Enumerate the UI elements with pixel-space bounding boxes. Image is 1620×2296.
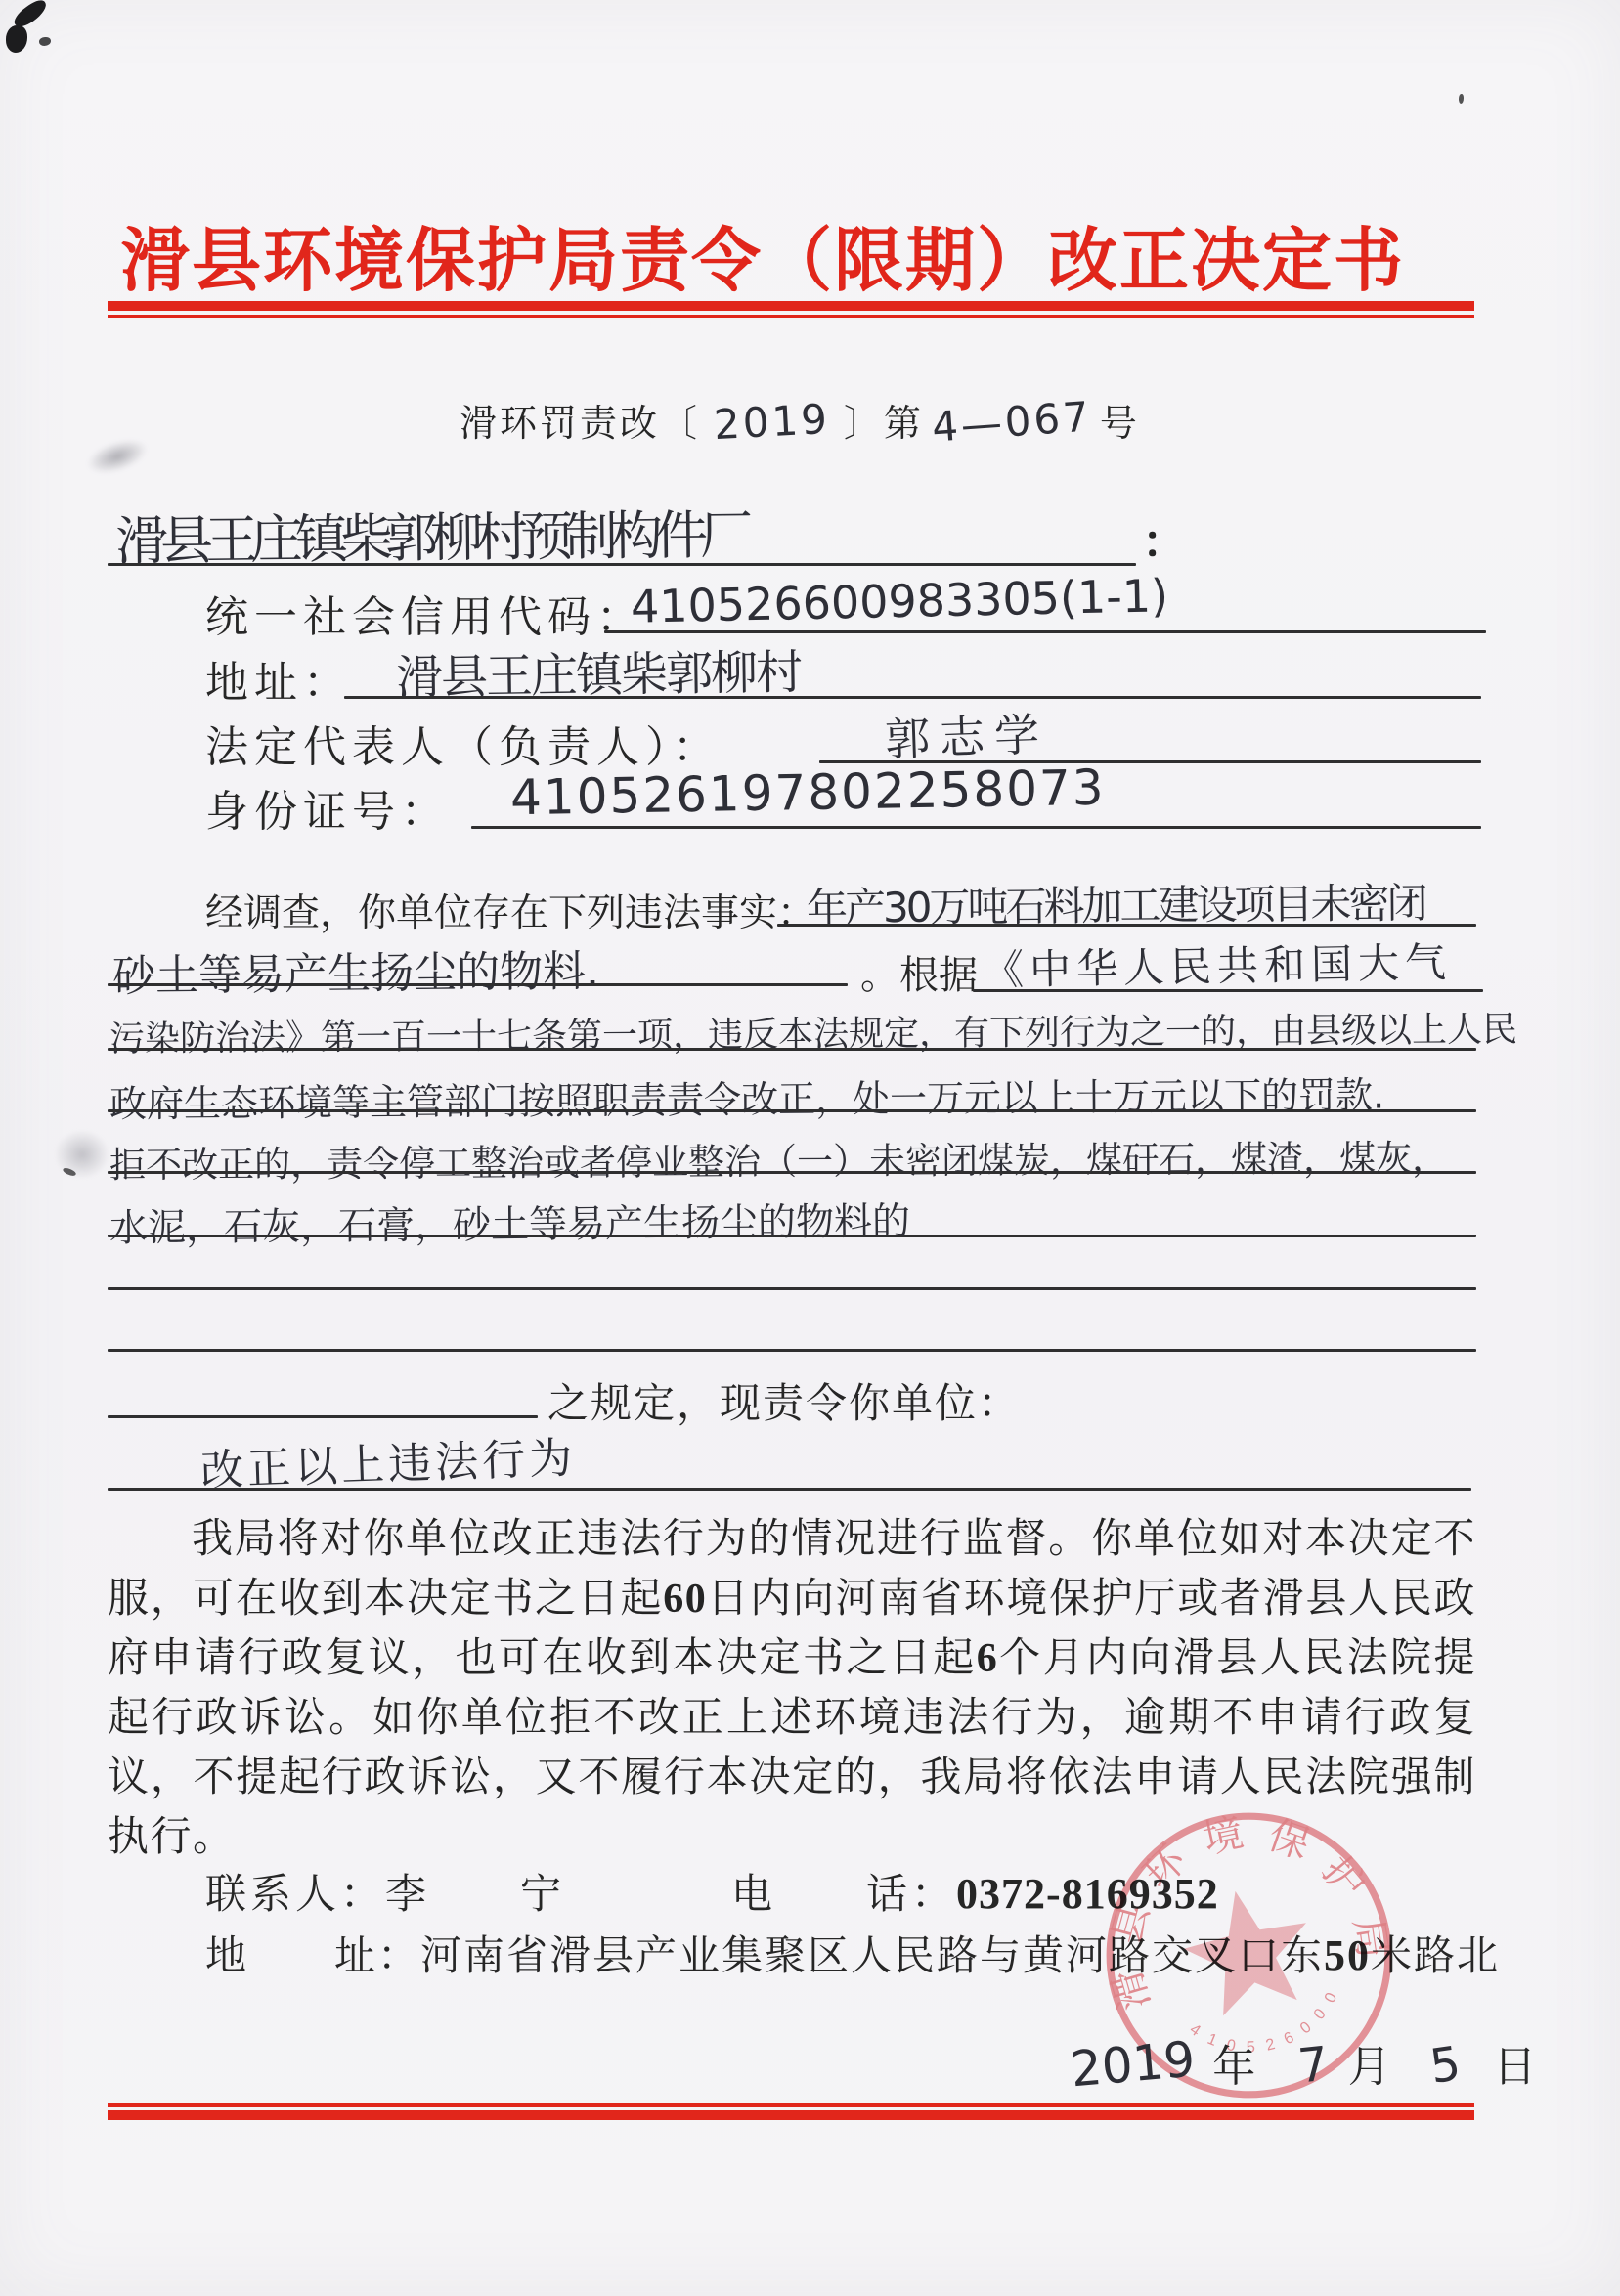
form-underline: [108, 1171, 1476, 1174]
contact-line: 联系人：李 宁电 话：0372-8169352: [205, 1862, 1219, 1921]
issue-date-day-label: 日: [1493, 2043, 1536, 2091]
issue-date-year-label: 年: [1212, 2043, 1255, 2091]
form-underline: [108, 1488, 1471, 1491]
field-label-credit-code: 统一社会信用代码：: [205, 582, 645, 644]
contact-person-name: 李 宁: [385, 1873, 565, 1918]
violation-handwritten-5: 拒不改正的，责令停工整治或者停业整治（一）未密闭煤炭，煤矸石，煤渣，煤灰，: [109, 1128, 1448, 1188]
form-underline: [108, 563, 1136, 566]
form-underline: [973, 989, 1483, 992]
issue-date-year: 2019: [1069, 2031, 1198, 2099]
violation-handwritten-3: 污染防治法》第一百一十七条第一项，违反本法规定，有下列行为之一的，由县级以上人民: [109, 1002, 1517, 1061]
contact-person-label: 联系人：: [205, 1873, 385, 1918]
violation-handwritten-2: 砂土等易产生扬尘的物料.: [112, 935, 600, 1003]
doc-number: 滑环罚责改〔2019〕第4—067号: [460, 393, 1140, 447]
form-underline: [108, 1109, 1476, 1112]
doc-number-serial: 4—067: [930, 392, 1093, 451]
form-underline: [344, 696, 1481, 699]
issue-date-month-label: 月: [1348, 2043, 1391, 2091]
field-value-credit-code: 410526600983305(1-1): [630, 569, 1168, 633]
form-underline: [604, 630, 1486, 633]
doc-number-year: 2019: [713, 395, 831, 449]
form-underline: [108, 1235, 1476, 1237]
field-label-id-number: 身份证号：: [205, 776, 450, 839]
form-underline: [108, 1349, 1476, 1352]
scan-artifact: [83, 433, 152, 480]
form-underline: [777, 924, 1476, 927]
scan-artifact: [39, 37, 51, 46]
field-value-id-number: 410526197802258073: [510, 759, 1107, 827]
doc-number-mid: 〕第: [844, 404, 924, 445]
violation-handwritten-6: 水泥，石灰，石膏，砂土等易产生扬尘的物料的: [109, 1191, 910, 1252]
violation-handwritten-2b: 《中华人民共和国大气: [983, 931, 1453, 997]
violation-lead: 经调查，你单位存在下列违法事实：: [205, 883, 815, 937]
field-label-legal-rep: 法定代表人（负责人）：: [205, 712, 722, 774]
scanned-document-page: 滑县环境保护局责令（限期）改正决定书 滑环罚责改〔2019〕第4—067号 滑县…: [0, 0, 1620, 2296]
issue-date-day: 5: [1426, 2036, 1464, 2095]
form-underline: [108, 983, 848, 986]
scan-artifact: [1459, 94, 1464, 104]
form-underline: [108, 1287, 1476, 1290]
doc-number-prefix: 滑环罚责改〔: [460, 404, 700, 445]
violation-handwritten-4: 政府生态环境等主管部门按照职责责令改正，处一万元以上十万元以下的罚款.: [109, 1064, 1384, 1127]
recipient-colon: ：: [1142, 506, 1187, 571]
contact-phone-label: 电 话：: [731, 1873, 956, 1918]
field-label-address: 地址：: [205, 647, 352, 710]
order-lead: 之规定，现责令你单位：: [547, 1371, 1021, 1430]
scan-artifact: [6, 25, 27, 53]
doc-number-suffix: 号: [1100, 404, 1140, 445]
deadline-days: 60: [663, 1577, 707, 1622]
form-underline: [108, 1415, 538, 1418]
issue-date-month: 7: [1295, 2037, 1331, 2095]
violation-genju-label: 。根据: [860, 944, 978, 1000]
form-underline: [471, 826, 1481, 829]
seal-star-icon: [1174, 1879, 1322, 2021]
deadline-months: 6: [977, 1636, 999, 1681]
issue-date: 2019年7月5日: [1071, 2031, 1536, 2094]
form-underline: [108, 1048, 1476, 1051]
contact-address-label: 地 址：: [205, 1934, 420, 1979]
field-value-legal-rep: 郭志学: [884, 699, 1050, 769]
document-title: 滑县环境保护局责令（限期）改正决定书: [93, 205, 1432, 305]
